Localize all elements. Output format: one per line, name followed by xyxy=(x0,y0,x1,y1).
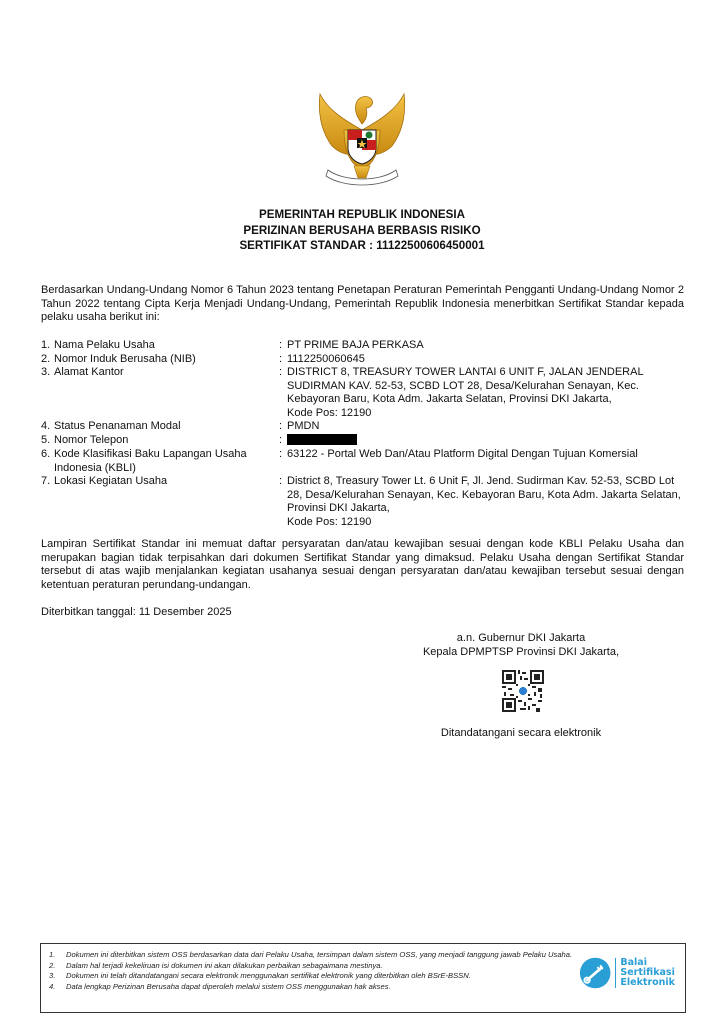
colon: : xyxy=(279,366,287,420)
colon: : xyxy=(279,448,287,475)
field-number: 4. xyxy=(41,420,54,434)
field-value: District 8, Treasury Tower Lt. 6 Unit F,… xyxy=(287,475,685,516)
field-row-investment-status: 4.Status Penanaman Modal : PMDN xyxy=(41,420,686,434)
qr-code-icon[interactable] xyxy=(502,670,544,712)
field-value-postal: Kode Pos: 12190 xyxy=(287,516,686,530)
colon: : xyxy=(279,339,287,353)
field-number: 1. xyxy=(41,339,54,353)
field-row-nib: 2.Nomor Induk Berusaha (NIB) : 111225006… xyxy=(41,353,686,367)
field-value: 63122 - Portal Web Dan/Atau Platform Dig… xyxy=(287,448,686,475)
footer-notes-box: 1.Dokumen ini diterbitkan sistem OSS ber… xyxy=(40,943,686,1013)
field-row-phone: 5.Nomor Telepon : xyxy=(41,434,686,449)
title-certificate-number: SERTIFIKAT STANDAR : 11122500606450001 xyxy=(0,238,724,254)
colon: : xyxy=(279,353,287,367)
field-label: Nomor Telepon xyxy=(54,434,279,449)
bsre-logo: Balai Sertifikasi Elektronik xyxy=(579,952,675,994)
field-number: 2. xyxy=(41,353,54,367)
field-number: 7. xyxy=(41,475,54,529)
signature-block: a.n. Gubernur DKI Jakarta Kepala DPMPTSP… xyxy=(400,632,642,659)
field-label: Alamat Kantor xyxy=(54,366,279,420)
colon: : xyxy=(279,434,287,449)
field-row-business-name: 1.Nama Pelaku Usaha : PT PRIME BAJA PERK… xyxy=(41,339,686,353)
title-government: PEMERINTAH REPUBLIK INDONESIA xyxy=(0,207,724,223)
electronic-signature-note: Ditandatangani secara elektronik xyxy=(400,727,642,741)
field-value: PT PRIME BAJA PERKASA xyxy=(287,339,686,353)
attachment-paragraph: Lampiran Sertifikat Standar ini memuat d… xyxy=(41,538,684,592)
field-label: Kode Klasifikasi Baku Lapangan Usaha Ind… xyxy=(54,448,279,475)
document-title: PEMERINTAH REPUBLIK INDONESIA PERIZINAN … xyxy=(0,207,724,254)
field-label: Lokasi Kegiatan Usaha xyxy=(54,475,279,529)
signatory-title: Kepala DPMPTSP Provinsi DKI Jakarta, xyxy=(400,646,642,660)
field-value-postal: Kode Pos: 12190 xyxy=(287,407,686,421)
redacted-phone xyxy=(287,434,357,445)
field-row-kbli: 6.Kode Klasifikasi Baku Lapangan Usaha I… xyxy=(41,448,686,475)
field-number: 5. xyxy=(41,434,54,449)
colon: : xyxy=(279,475,287,529)
footer-note: 1.Dokumen ini diterbitkan sistem OSS ber… xyxy=(49,950,584,961)
bsre-key-icon xyxy=(579,955,611,991)
field-row-business-location: 7.Lokasi Kegiatan Usaha : District 8, Tr… xyxy=(41,475,686,529)
colon: : xyxy=(279,420,287,434)
intro-paragraph: Berdasarkan Undang-Undang Nomor 6 Tahun … xyxy=(41,284,684,325)
footer-note: 3.Dokumen ini telah ditandatangani secar… xyxy=(49,971,584,982)
business-details: 1.Nama Pelaku Usaha : PT PRIME BAJA PERK… xyxy=(41,339,686,529)
garuda-emblem-icon xyxy=(314,90,410,190)
footer-note: 4.Data lengkap Perizinan Berusaha dapat … xyxy=(49,982,584,993)
field-label: Nomor Induk Berusaha (NIB) xyxy=(54,353,279,367)
field-row-office-address: 3.Alamat Kantor : DISTRICT 8, TREASURY T… xyxy=(41,366,686,420)
field-value: 1112250060645 xyxy=(287,353,686,367)
field-value: PMDN xyxy=(287,420,686,434)
footer-note: 2.Dalam hal terjadi kekeliruan isi dokum… xyxy=(49,961,584,972)
issued-date: Diterbitkan tanggal: 11 Desember 2025 xyxy=(41,606,232,620)
field-number: 6. xyxy=(41,448,54,475)
field-number: 3. xyxy=(41,366,54,420)
title-licensing: PERIZINAN BERUSAHA BERBASIS RISIKO xyxy=(0,223,724,239)
signatory-on-behalf: a.n. Gubernur DKI Jakarta xyxy=(400,632,642,646)
field-label: Status Penanaman Modal xyxy=(54,420,279,434)
field-label: Nama Pelaku Usaha xyxy=(54,339,279,353)
field-value: DISTRICT 8, TREASURY TOWER LANTAI 6 UNIT… xyxy=(287,366,682,407)
bsre-line3: Elektronik xyxy=(620,978,675,988)
